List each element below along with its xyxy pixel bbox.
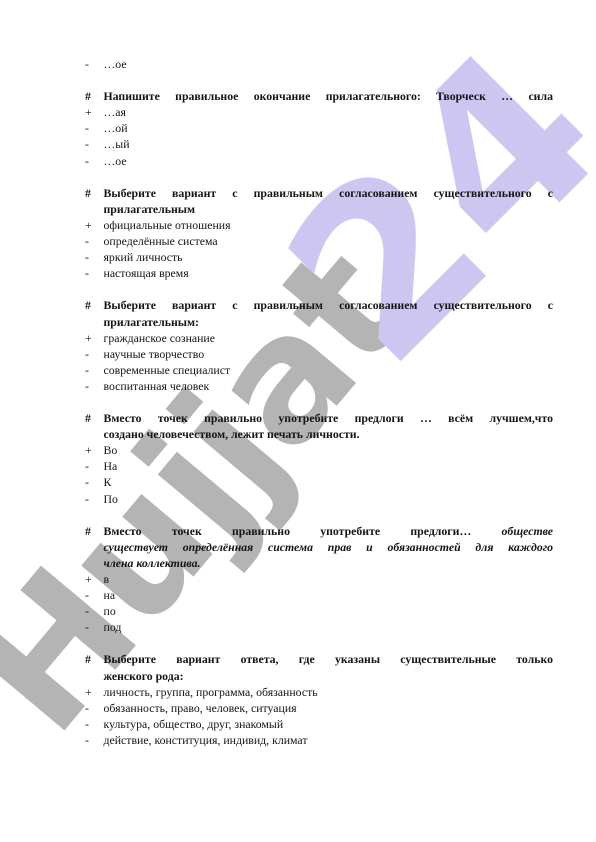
question-segment: женского рода: xyxy=(104,669,184,683)
option-marker: - xyxy=(85,233,104,249)
option-text: настоящая время xyxy=(104,265,554,281)
option-marker: - xyxy=(85,153,104,169)
question-segment: Вместо точек правильно употребите предло… xyxy=(104,524,502,538)
option-row: -действие, конституция, индивид, климат xyxy=(85,732,553,748)
question-block: #Вместо точек правильно употребите предл… xyxy=(85,410,553,507)
option-row: -…ое xyxy=(85,153,553,169)
option-marker: + xyxy=(85,217,104,233)
option-marker: - xyxy=(85,700,104,716)
option-text: воспитанная человек xyxy=(104,378,554,394)
question-row: #Выберите вариант с правильным согласова… xyxy=(85,297,553,329)
option-text: …ой xyxy=(104,120,554,136)
option-marker: + xyxy=(85,104,104,120)
question-marker: # xyxy=(85,410,104,426)
option-row: -обязанность, право, человек, ситуация xyxy=(85,700,553,716)
option-row: -На xyxy=(85,458,553,474)
question-segment: создано человечеством, лежит печать личн… xyxy=(104,427,360,441)
question-segment: Вместо точек правильно употребите предло… xyxy=(104,411,554,425)
question-segment: Выберите вариант с правильным согласован… xyxy=(104,186,554,200)
option-row: -современные специалист xyxy=(85,362,553,378)
question-text: Вместо точек правильно употребите предло… xyxy=(104,523,554,571)
option-text: культура, общество, друг, знакомый xyxy=(104,716,554,732)
option-row: -по xyxy=(85,603,553,619)
option-text: …ый xyxy=(104,136,554,152)
option-marker: - xyxy=(85,716,104,732)
question-marker: # xyxy=(85,88,104,104)
question-line: Вместо точек правильно употребите предло… xyxy=(104,523,554,539)
option-text: действие, конституция, индивид, климат xyxy=(104,732,554,748)
question-line: создано человечеством, лежит печать личн… xyxy=(104,426,554,442)
question-block: #Выберите вариант с правильным согласова… xyxy=(85,297,553,394)
question-segment: Выберите вариант с правильным согласован… xyxy=(104,298,554,312)
option-marker: - xyxy=(85,265,104,281)
question-row: #Вместо точек правильно употребите предл… xyxy=(85,523,553,571)
option-marker: - xyxy=(85,474,104,490)
question-text: Выберите вариант ответа, где указаны сущ… xyxy=(104,651,554,683)
option-row: -К xyxy=(85,474,553,490)
question-line: Напишите правильное окончание прилагател… xyxy=(104,88,554,104)
option-text: личность, группа, программа, обязанность xyxy=(104,684,554,700)
question-line: существует определённая система прав и о… xyxy=(104,539,554,555)
document-content: -…ое#Напишите правильное окончание прила… xyxy=(85,56,553,748)
question-line: прилагательным: xyxy=(104,314,554,330)
question-segment: прилагательным xyxy=(104,202,196,216)
option-marker: - xyxy=(85,136,104,152)
option-text: научные творчество xyxy=(104,346,554,362)
option-text: официальные отношения xyxy=(104,217,554,233)
option-text: …ая xyxy=(104,104,554,120)
question-line: Вместо точек правильно употребите предло… xyxy=(104,410,554,426)
option-row: -яркий личность xyxy=(85,249,553,265)
question-line: Выберите вариант ответа, где указаны сущ… xyxy=(104,651,554,667)
question-segment: Выберите вариант ответа, где указаны сущ… xyxy=(104,652,554,666)
option-row: +в xyxy=(85,571,553,587)
question-segment: члена коллектива. xyxy=(104,556,201,570)
option-text: в xyxy=(104,571,554,587)
question-block: #Напишите правильное окончание прилагате… xyxy=(85,88,553,168)
question-text: Вместо точек правильно употребите предло… xyxy=(104,410,554,442)
option-marker: - xyxy=(85,378,104,394)
question-segment: Напишите правильное окончание прилагател… xyxy=(104,89,554,103)
option-marker: - xyxy=(85,362,104,378)
option-marker: - xyxy=(85,458,104,474)
option-marker: - xyxy=(85,56,104,72)
question-line: прилагательным xyxy=(104,201,554,217)
option-text: определённые система xyxy=(104,233,554,249)
option-text: яркий личность xyxy=(104,249,554,265)
question-line: Выберите вариант с правильным согласован… xyxy=(104,297,554,313)
question-segment: прилагательным: xyxy=(104,315,199,329)
option-text: под xyxy=(104,619,554,635)
question-block: #Вместо точек правильно употребите предл… xyxy=(85,523,553,636)
question-text: Выберите вариант с правильным согласован… xyxy=(104,297,554,329)
option-row: -научные творчество xyxy=(85,346,553,362)
option-row: +личность, группа, программа, обязанност… xyxy=(85,684,553,700)
option-row: +официальные отношения xyxy=(85,217,553,233)
question-text: Выберите вариант с правильным согласован… xyxy=(104,185,554,217)
option-marker: - xyxy=(85,120,104,136)
question-row: #Напишите правильное окончание прилагате… xyxy=(85,88,553,104)
option-marker: + xyxy=(85,330,104,346)
option-row: -…ой xyxy=(85,120,553,136)
option-row: -…ое xyxy=(85,56,553,72)
option-text: гражданское сознание xyxy=(104,330,554,346)
option-row: -на xyxy=(85,587,553,603)
question-line: Выберите вариант с правильным согласован… xyxy=(104,185,554,201)
option-marker: - xyxy=(85,346,104,362)
option-row: +гражданское сознание xyxy=(85,330,553,346)
option-row: -воспитанная человек xyxy=(85,378,553,394)
question-marker: # xyxy=(85,523,104,539)
option-text: На xyxy=(104,458,554,474)
option-row: +Во xyxy=(85,442,553,458)
option-row: -По xyxy=(85,491,553,507)
option-marker: - xyxy=(85,491,104,507)
question-line: женского рода: xyxy=(104,668,554,684)
question-segment: существует определённая система прав и о… xyxy=(104,540,554,554)
option-row: -определённые система xyxy=(85,233,553,249)
question-row: #Выберите вариант с правильным согласова… xyxy=(85,185,553,217)
question-text: Напишите правильное окончание прилагател… xyxy=(104,88,554,104)
question-block: #Выберите вариант с правильным согласова… xyxy=(85,185,553,282)
option-marker: + xyxy=(85,571,104,587)
question-marker: # xyxy=(85,185,104,201)
option-text: …ое xyxy=(104,153,554,169)
option-row: +…ая xyxy=(85,104,553,120)
option-marker: + xyxy=(85,442,104,458)
option-row: -…ый xyxy=(85,136,553,152)
question-line: члена коллектива. xyxy=(104,555,554,571)
option-text: …ое xyxy=(104,56,554,72)
option-marker: - xyxy=(85,249,104,265)
option-row: -настоящая время xyxy=(85,265,553,281)
question-segment: обществе xyxy=(502,524,553,538)
option-marker: - xyxy=(85,619,104,635)
page: { "watermarks": { "hujjat": { "text": "H… xyxy=(0,0,596,842)
option-text: современные специалист xyxy=(104,362,554,378)
option-text: по xyxy=(104,603,554,619)
question-marker: # xyxy=(85,297,104,313)
question-marker: # xyxy=(85,651,104,667)
option-text: По xyxy=(104,491,554,507)
question-row: #Выберите вариант ответа, где указаны су… xyxy=(85,651,553,683)
option-marker: - xyxy=(85,732,104,748)
question-block: #Выберите вариант ответа, где указаны су… xyxy=(85,651,553,748)
option-marker: - xyxy=(85,603,104,619)
option-marker: - xyxy=(85,587,104,603)
option-row: -культура, общество, друг, знакомый xyxy=(85,716,553,732)
option-text: К xyxy=(104,474,554,490)
option-marker: + xyxy=(85,684,104,700)
option-text: на xyxy=(104,587,554,603)
question-row: #Вместо точек правильно употребите предл… xyxy=(85,410,553,442)
option-row: -под xyxy=(85,619,553,635)
option-text: Во xyxy=(104,442,554,458)
option-text: обязанность, право, человек, ситуация xyxy=(104,700,554,716)
